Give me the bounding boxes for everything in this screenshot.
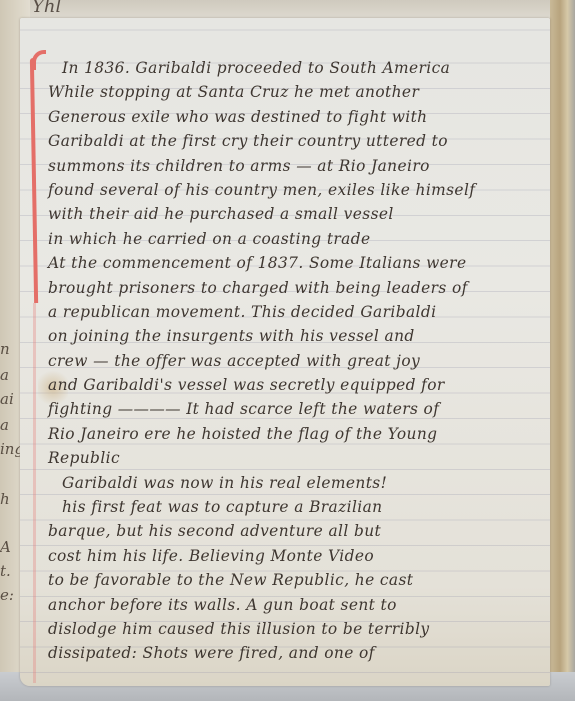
top-fragment-text: Yhl — [32, 0, 61, 17]
manuscript-line: summons its children to arms — at Rio Ja… — [48, 154, 550, 178]
manuscript-line: Republic — [48, 446, 550, 470]
book-spine — [550, 0, 575, 701]
manuscript-line: Garibaldi was now in his real elements! — [48, 471, 550, 495]
manuscript-line: Generous exile who was destined to fight… — [48, 105, 550, 129]
manuscript-line: At the commencement of 1837. Some Italia… — [48, 251, 550, 275]
manuscript-page: In 1836. Garibaldi proceeded to South Am… — [20, 18, 550, 686]
manuscript-line: and Garibaldi's vessel was secretly equi… — [48, 373, 550, 397]
margin-fragment-text: a — [0, 416, 9, 434]
margin-fragment-text: h — [0, 490, 10, 508]
manuscript-line: cost him his life. Believing Monte Video — [48, 544, 550, 568]
manuscript-line: In 1836. Garibaldi proceeded to South Am… — [48, 56, 550, 80]
margin-fragment-text: ai — [0, 390, 14, 408]
manuscript-line: on joining the insurgents with his vesse… — [48, 324, 550, 348]
handwritten-text: In 1836. Garibaldi proceeded to South Am… — [48, 56, 550, 666]
manuscript-line: a republican movement. This decided Gari… — [48, 300, 550, 324]
top-page-edge: Yhl — [0, 0, 575, 18]
manuscript-line: dislodge him caused this illusion to be … — [48, 617, 550, 641]
margin-fragment-text: a — [0, 366, 9, 384]
manuscript-line: brought prisoners to charged with being … — [48, 276, 550, 300]
red-margin-bracket-curl — [32, 50, 46, 70]
manuscript-line: fighting ———— It had scarce left the wat… — [48, 397, 550, 421]
manuscript-line: anchor before its walls. A gun boat sent… — [48, 593, 550, 617]
manuscript-line: with their aid he purchased a small vess… — [48, 202, 550, 226]
manuscript-line: While stopping at Santa Cruz he met anot… — [48, 80, 550, 104]
manuscript-line: found several of his country men, exiles… — [48, 178, 550, 202]
manuscript-line: dissipated: Shots were fired, and one of — [48, 641, 550, 665]
margin-fragment-text: A — [0, 538, 11, 556]
margin-fragment-text: e: — [0, 586, 14, 604]
manuscript-line: in which he carried on a coasting trade — [48, 227, 550, 251]
margin-rule — [33, 303, 36, 683]
margin-fragment-text: t. — [0, 562, 11, 580]
manuscript-line: Rio Janeiro ere he hoisted the flag of t… — [48, 422, 550, 446]
manuscript-line: Garibaldi at the first cry their country… — [48, 129, 550, 153]
manuscript-line: to be favorable to the New Republic, he … — [48, 568, 550, 592]
manuscript-line: crew — the offer was accepted with great… — [48, 349, 550, 373]
manuscript-line: his first feat was to capture a Brazilia… — [48, 495, 550, 519]
margin-fragment-text: n — [0, 340, 10, 358]
manuscript-line: barque, but his second adventure all but — [48, 519, 550, 543]
